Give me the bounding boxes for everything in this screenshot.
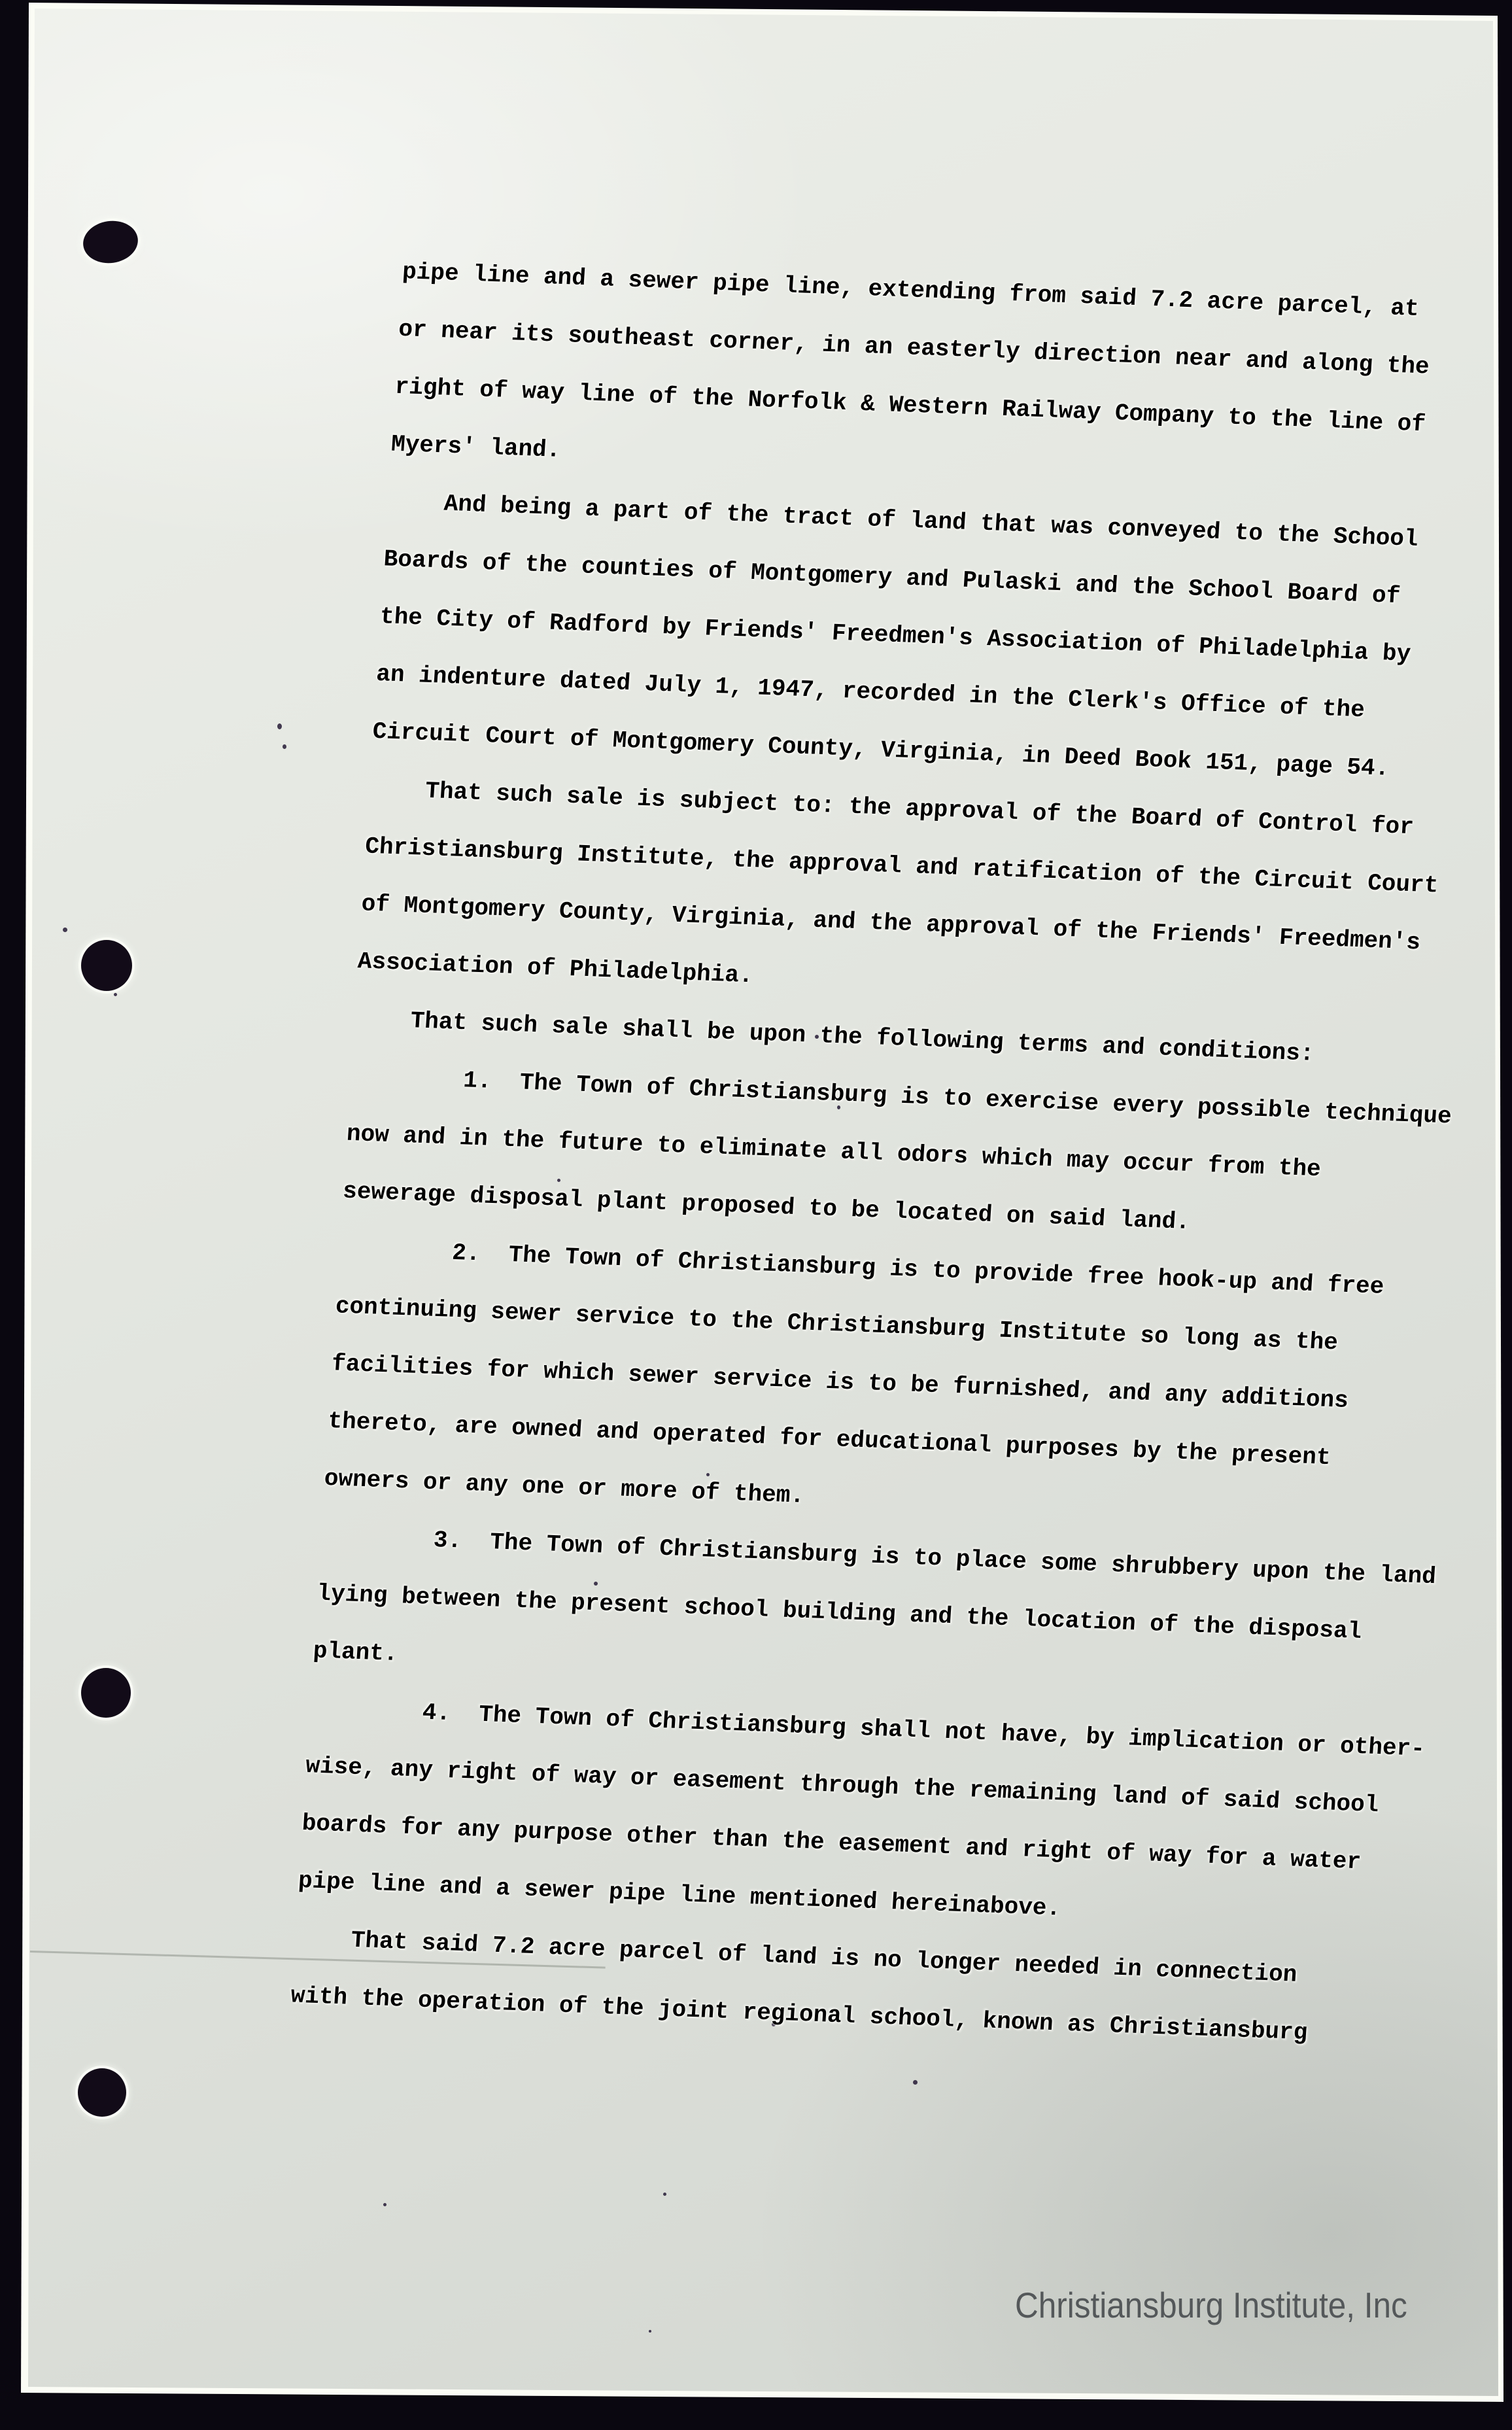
ink-speck [649,2330,651,2333]
document-text: pipe line and a sewer pipe line, extendi… [289,243,1512,2067]
punch-hole [78,2068,126,2117]
ink-speck [283,744,286,749]
ink-speck [913,2080,918,2085]
watermark: Christiansburg Institute, Inc [1015,2284,1407,2326]
ink-speck [383,2203,387,2206]
ink-speck [63,928,67,932]
punch-hole [81,940,132,991]
ink-speck [277,723,282,729]
ink-speck [114,993,117,996]
ink-speck [663,2193,666,2196]
punch-hole [81,1668,131,1718]
